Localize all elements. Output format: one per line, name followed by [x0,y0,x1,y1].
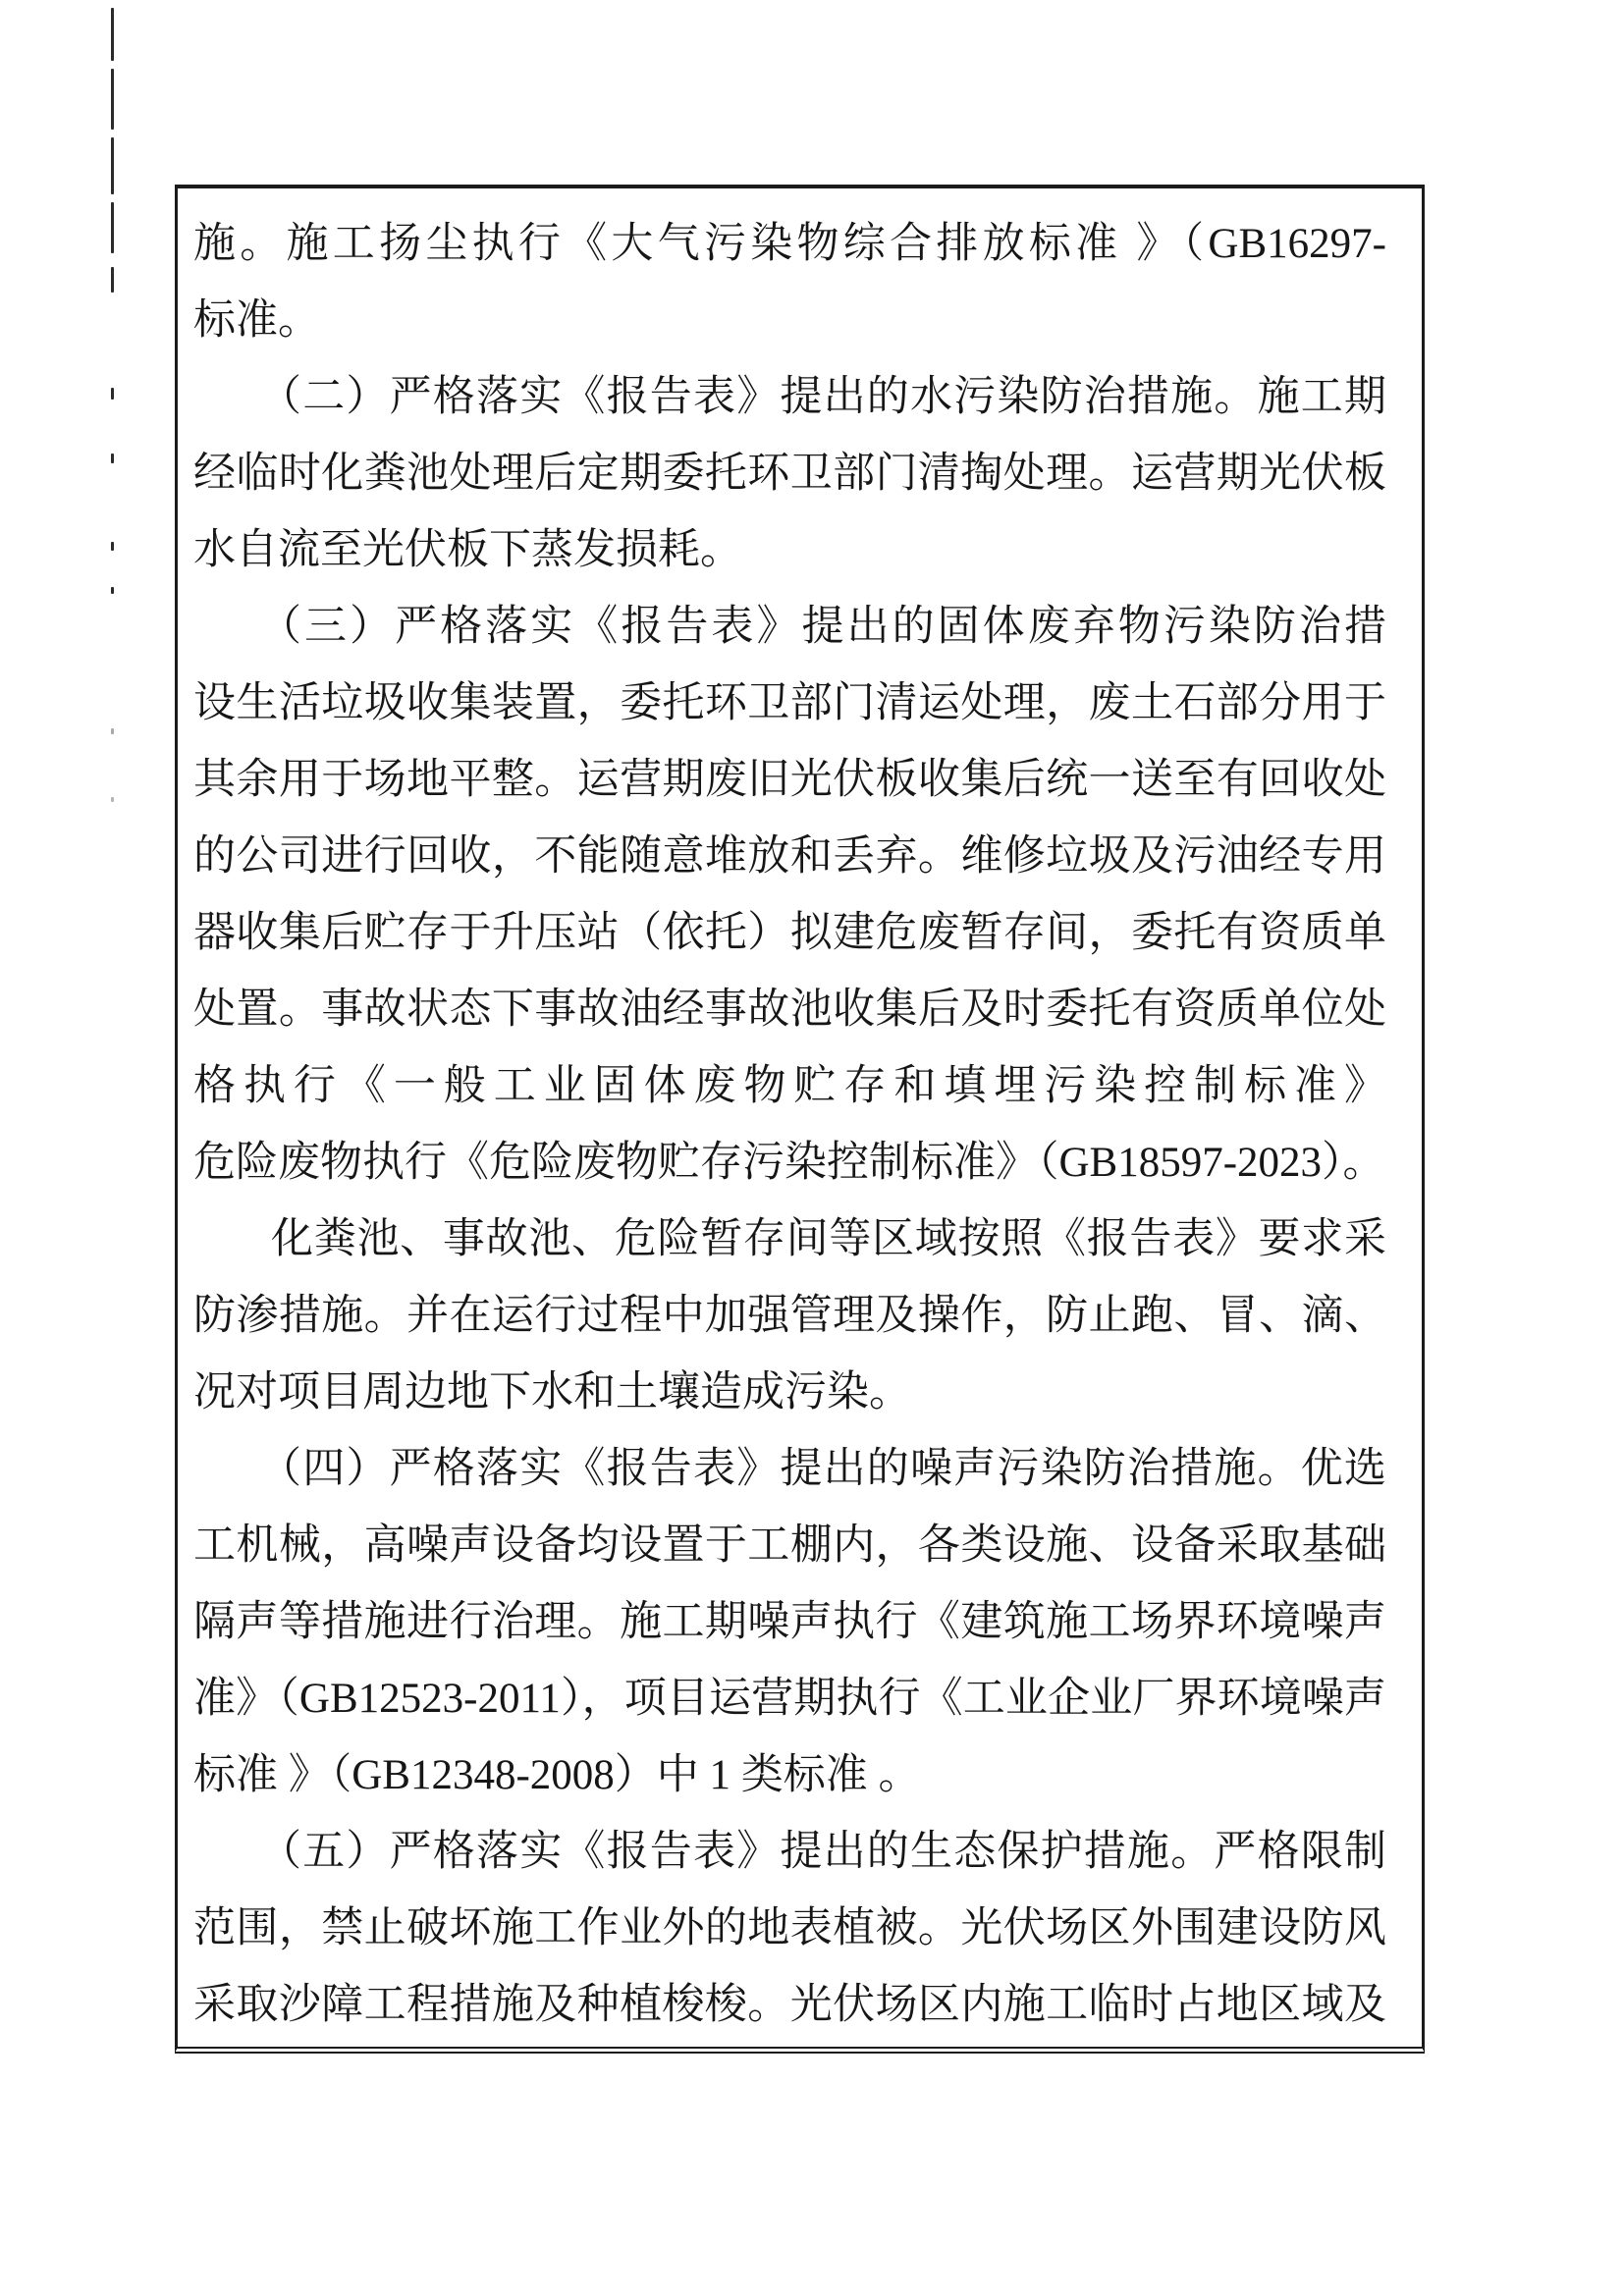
document-line: （四）严格落实《报告表》提出的噪声污染防治措施。优选低噪声施 [193,1431,1386,1508]
document-line: 水自流至光伏板下蒸发损耗。 [193,512,1386,589]
document-line: （五）严格落实《报告表》提出的生态保护措施。严格限制施工作业 [193,1814,1386,1891]
document-line: 标准。 [193,283,1386,359]
document-line: 经临时化粪池处理后定期委托环卫部门清掏处理。运营期光伏板清洗废 [193,436,1386,512]
scan-artifact [111,454,114,463]
document-line: 工机械，高噪声设备均设置于工棚内，各类设施、设备采取基础减振、 [193,1508,1386,1584]
document-line: 器收集后贮存于升压站（依托）拟建危废暂存间，委托有资质单位及时 [193,895,1386,972]
content-border-box: 施。施工扬尘执行《大气污染物综合排放标准 》（GB16297-1996）二级 标… [175,185,1425,2054]
scan-artifact [111,267,114,293]
document-page: { "page": { "background_color": "#ffffff… [0,0,1623,2296]
document-line: 准》（GB12523-2011），项目运营期执行《工业企业厂界环境噪声排放 [193,1661,1386,1737]
scan-artifact [111,202,114,253]
scan-artifact [111,8,114,61]
document-line: （三）严格落实《报告表》提出的固体废弃物污染防治措施。施工区 [193,589,1386,666]
document-line: 采取沙障工程措施及种植梭梭。光伏场区内施工临时占地区域及检修道 [193,1967,1386,2044]
document-line: 施。施工扬尘执行《大气污染物综合排放标准 》（GB16297-1996）二级 [193,206,1386,283]
scan-artifact [111,542,114,551]
document-line: 范围，禁止破坏施工作业外的地表植被。光伏场区外围建设防风阻沙带， [193,1891,1386,1967]
scan-artifact [111,728,114,734]
scan-artifact [111,797,114,802]
document-line: 危险废物执行《危险废物贮存污染控制标准》（GB18597-2023）。 [193,1125,1386,1201]
scan-artifact [111,587,114,594]
document-line: 处置。事故状态下事故油经事故池收集后及时委托有资质单位处置。严 [193,972,1386,1048]
scan-artifact [111,69,114,130]
document-line: 况对项目周边地下水和土壤造成污染。 [193,1355,1386,1431]
document-line: 格执行《一般工业固体废物贮存和填埋污染控制标准》（GB18599-2020）; [193,1048,1386,1125]
document-line: 隔声等措施进行治理。施工期噪声执行《建筑施工场界环境噪声排放标 [193,1584,1386,1661]
document-line: 防渗措施。并在运行过程中加强管理及操作，防止跑、冒、滴、漏等情 [193,1278,1386,1355]
scan-artifact [111,137,114,194]
document-line: （二）严格落实《报告表》提出的水污染防治措施。施工期生活污水 [193,359,1386,436]
document-line: 设生活垃圾收集装置，委托环卫部门清运处理，废土石部分用于回填， [193,666,1386,742]
document-line: 标准 》（GB12348-2008）中 1 类标准 。 [193,1737,1386,1814]
document-line: 其余用于场地平整。运营期废旧光伏板收集后统一送至有回收处理能力 [193,742,1386,819]
document-line: 化粪池、事故池、危险暂存间等区域按照《报告表》要求采取分区 [193,1201,1386,1278]
document-line: 的公司进行回收，不能随意堆放和丢弃。维修垃圾及污油经专用密闭容 [193,819,1386,895]
scan-artifact [111,388,114,400]
